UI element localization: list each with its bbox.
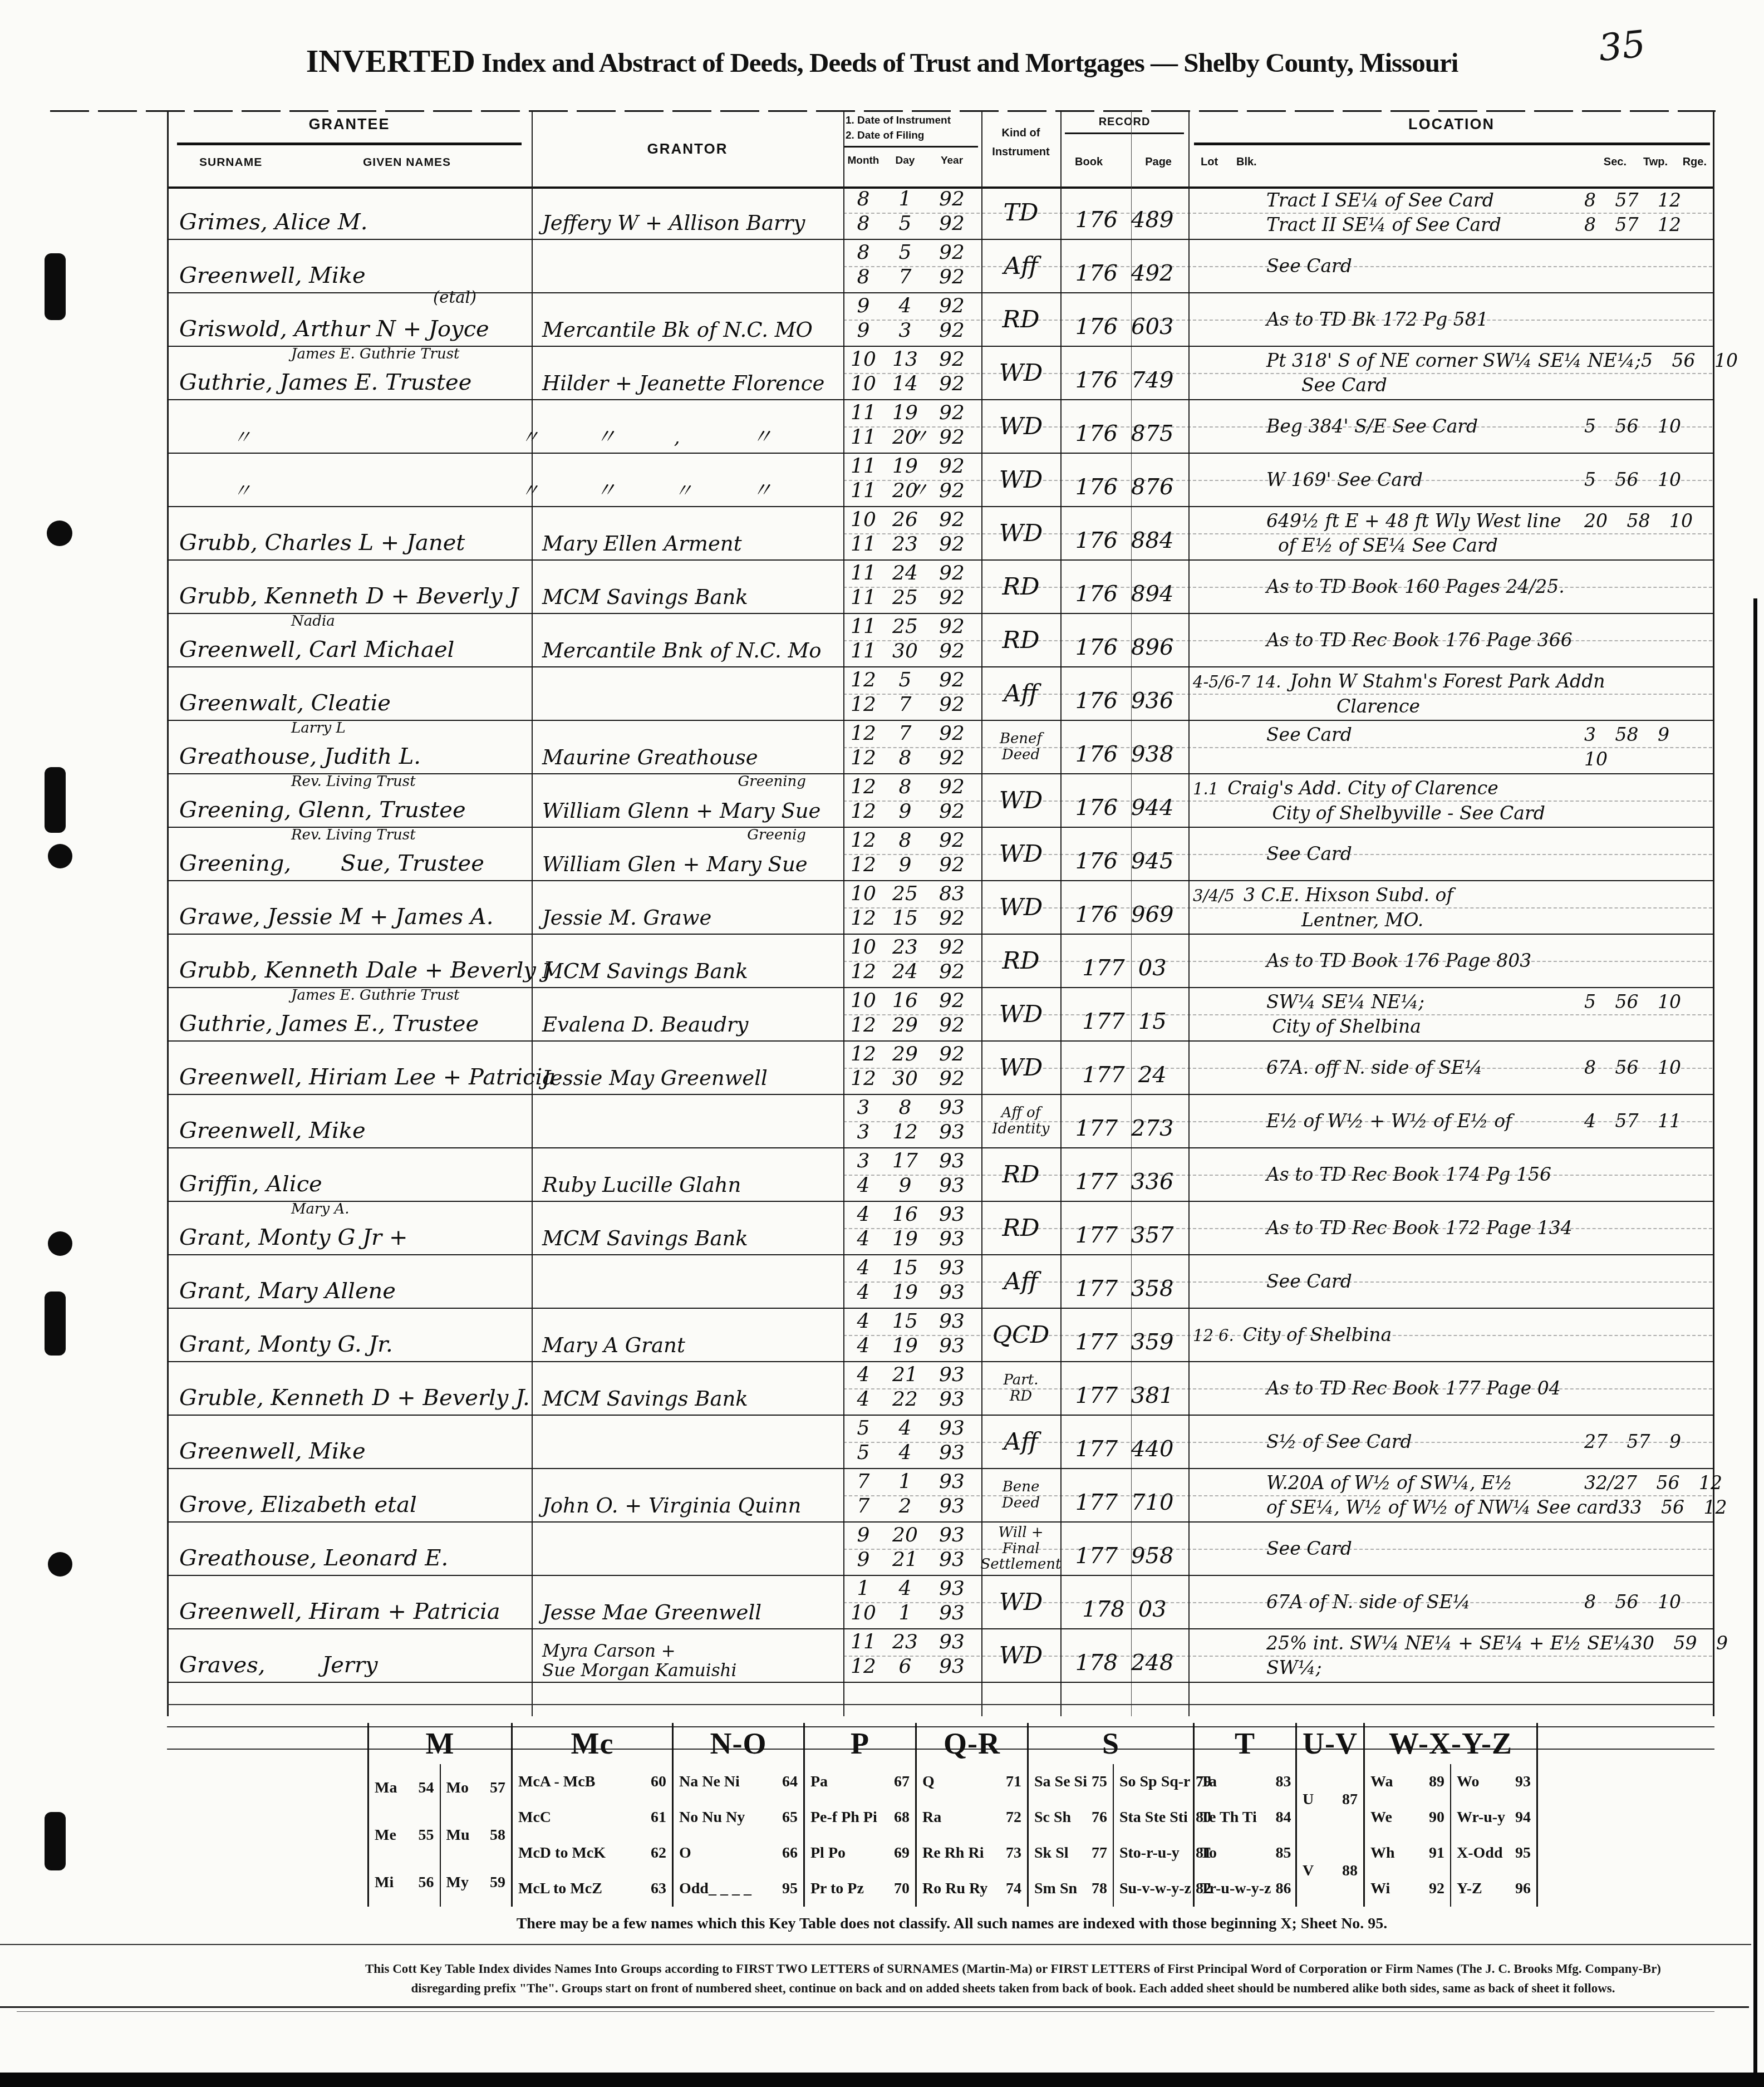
key-entry-sheet-number: 85 [1271, 1844, 1291, 1862]
key-column-letter: M [369, 1723, 511, 1764]
date-of-filing: 112092 [843, 428, 981, 448]
record-cell: 177381 [1060, 1362, 1188, 1415]
date-part: 93 [927, 1176, 977, 1196]
grantee-note-above: James E. Guthrie Trust [291, 988, 460, 1003]
date-part: 92 [927, 962, 977, 982]
sec-twp-rge-value: 20 58 10 [1584, 509, 1713, 533]
key-entry-range: Te Th Ti [1200, 1809, 1257, 1826]
date-part: 19 [883, 1336, 927, 1356]
book-number: 177 [1075, 1545, 1118, 1567]
location-cell: 1.1Craig's Add. City of Clarence City of… [1188, 774, 1713, 827]
date-part: 93 [927, 1151, 977, 1171]
key-entry-sheet-number: 63 [646, 1880, 666, 1898]
date-part: 19 [883, 403, 927, 423]
dates-cell: 389331293 [843, 1095, 981, 1147]
location-cell: See Card [1188, 828, 1713, 880]
binder-mark [45, 253, 66, 320]
location-text: W 169' See Card [1188, 468, 1423, 492]
key-entry-sheet-number: 89 [1424, 1773, 1444, 1791]
table-row: Grove, Elizabeth etalJohn O. + Virginia … [167, 1469, 1714, 1523]
date-part: 93 [927, 1525, 977, 1545]
key-entry: McA - McB60 [513, 1773, 672, 1791]
key-entry: Sc Sh76 [1029, 1809, 1113, 1826]
key-entry-sheet-number: 65 [778, 1809, 798, 1826]
dates-cell: 101692122992 [843, 988, 981, 1040]
key-entry-range: Mu [446, 1826, 470, 1844]
date-part: 22 [883, 1389, 927, 1410]
binder-mark [45, 1292, 66, 1356]
grantee-name: Greenwell, Hiriam Lee + Patricia [171, 1066, 528, 1094]
date-of-instrument: 12792 [843, 724, 981, 744]
fine-print: This Cott Key Table Index divides Names … [345, 1960, 1681, 1998]
date-part: 8 [883, 777, 927, 797]
key-entry-range: Wi [1370, 1880, 1390, 1898]
location-text: Pt 318' S of NE corner SW¼ SE¼ NE¼; [1188, 348, 1641, 373]
table-row: 〃 〃 〃〃 〃 〃111992112092WD176876W 169' See… [167, 454, 1714, 507]
grantor-cell [534, 1255, 839, 1308]
grantee-note-above: Nadia [291, 614, 335, 628]
date-of-instrument: 92093 [843, 1525, 981, 1545]
kind-line: Final [1003, 1541, 1040, 1557]
key-group: Ta83Te Th Ti84To85Tr-u-w-y-z86 [1195, 1764, 1297, 1907]
kind-line: Aff [1004, 1270, 1038, 1294]
location-line: 3/4/53 C.E. Hixson Subd. of [1188, 883, 1713, 908]
dates-cell: 102392122492 [843, 935, 981, 987]
grantee-name: Guthrie, James E., Trustee [171, 1013, 528, 1040]
date-part: 93 [927, 1603, 977, 1623]
date-part: 12 [843, 1044, 883, 1064]
date-part: 93 [927, 1122, 977, 1142]
date-part: 20 [883, 481, 927, 501]
location-line: As to TD Bk 172 Pg 581 [1188, 307, 1713, 332]
grantee-cell: Rev. Living TrustGreening, Sue, Trustee [171, 828, 528, 880]
location-cell: As to TD Book 160 Pages 24/25. [1188, 561, 1713, 613]
record-cell: 177958 [1060, 1523, 1188, 1575]
table-row: Graves, JerryMyra Carson +Sue Morgan Kam… [167, 1629, 1714, 1683]
page-number: 876 [1131, 476, 1173, 498]
date-part: 9 [843, 321, 883, 341]
key-column-body: McA - McB60McC61McD to McK62McL to McZ63 [513, 1764, 672, 1907]
date-part: 93 [927, 1418, 977, 1438]
grantor-cell [534, 1416, 839, 1468]
book-number: 178 [1082, 1598, 1124, 1621]
date-of-filing: 122992 [843, 1015, 981, 1035]
grantor-cell: John O. + Virginia Quinn [534, 1469, 839, 1521]
key-entry-range: We [1370, 1809, 1392, 1826]
page-number: 492 [1131, 262, 1173, 284]
grantee-name: Grawe, Jessie M + James A. [171, 906, 528, 934]
key-entry-sheet-number: 57 [485, 1779, 505, 1797]
grantor-name: Ruby Lucille Glahn [534, 1175, 839, 1201]
date-part: 1 [883, 1472, 927, 1492]
grantee-cell: Grove, Elizabeth etal [171, 1469, 528, 1521]
date-part: 10 [843, 510, 883, 530]
date-of-instrument: 102583 [843, 884, 981, 904]
location-line: Tract I SE¼ of See Card8 57 12 [1188, 188, 1713, 213]
page-number: 358 [1131, 1278, 1173, 1300]
lot-blk-value: 3/4/5 [1188, 883, 1244, 908]
location-cell: As to TD Book 176 Page 803 [1188, 935, 1713, 987]
date-part: 12 [843, 1015, 883, 1035]
grantee-label: GRANTEE [167, 116, 532, 133]
date-part: 10 [843, 884, 883, 904]
key-entry: McL to McZ63 [513, 1880, 672, 1898]
location-cell: See Card [1188, 240, 1713, 292]
lot-label: Lot [1196, 156, 1227, 169]
date-part: 7 [883, 267, 927, 287]
date-part: 92 [927, 724, 977, 744]
grantor-cell: Mercantile Bnk of N.C. Mo [534, 614, 839, 666]
record-cell: 178248 [1060, 1629, 1188, 1682]
book-number: 176 [1075, 850, 1118, 872]
dates-cell: 111992112092 [843, 454, 981, 506]
location-cell: 649½ ft E + 48 ft Wly West line20 58 10 … [1188, 507, 1713, 559]
location-line: W 169' See Card5 56 10 [1188, 468, 1713, 492]
table-row: Greenwell, Hiriam Lee + PatriciaJessie M… [167, 1042, 1714, 1095]
dates-cell: 4169341993 [843, 1202, 981, 1254]
key-entry-sheet-number: 60 [646, 1773, 666, 1791]
date-part: 9 [843, 1550, 883, 1570]
record-cell: 176603 [1060, 293, 1188, 346]
kind-line: RD [1003, 308, 1040, 332]
table-row: James E. Guthrie TrustGuthrie, James E. … [167, 347, 1714, 400]
key-entry-sheet-number: 70 [890, 1880, 910, 1898]
key-column-mc: McMcA - McB60McC61McD to McK62McL to McZ… [513, 1723, 674, 1907]
key-entry: X-Odd95 [1451, 1844, 1536, 1862]
key-entry-range: Wa [1370, 1773, 1393, 1791]
location-line: E½ of W½ + W½ of E½ of4 57 11 [1188, 1109, 1713, 1133]
key-entry-range: Wr-u-y [1457, 1809, 1505, 1826]
location-text: 67A. off N. side of SE¼ [1188, 1055, 1482, 1080]
kind-line: RD [1003, 949, 1040, 973]
grantee-name: Gruble, Kenneth D + Beverly J. [171, 1387, 528, 1415]
grantor-cell: Mary Ellen Arment [534, 507, 839, 559]
kind-of-instrument-cell: TD [981, 186, 1060, 239]
location-line: SW¼ SE¼ NE¼;5 56 10 [1188, 990, 1713, 1014]
grantee-cell: NadiaGreenwell, Carl Michael [171, 614, 528, 666]
grantor-name: Mercantile Bk of N.C. MO [534, 320, 839, 346]
grantor-name: William Glen + Mary Sue [534, 854, 839, 880]
date-part: 23 [883, 534, 927, 554]
grantee-cell: Grant, Monty G. Jr. [171, 1309, 528, 1361]
dates-cell: 71937293 [843, 1469, 981, 1521]
dates-cell: 122992123092 [843, 1042, 981, 1094]
location-line: 67A. off N. side of SE¼8 56 10 [1188, 1055, 1713, 1080]
key-entry: Pe-f Ph Pi68 [805, 1809, 915, 1826]
date-part: 93 [927, 1205, 977, 1225]
book-number: 176 [1075, 797, 1118, 819]
date-part: 11 [843, 403, 883, 423]
kind-line: WD [999, 789, 1043, 813]
key-entry: Wo93 [1451, 1773, 1536, 1791]
key-entry: To85 [1195, 1844, 1297, 1862]
date-part: 4 [843, 1283, 883, 1303]
date-part: 5 [843, 1443, 883, 1463]
grantor-cell: Jessie M. Grawe [534, 881, 839, 934]
date-part: 17 [883, 1151, 927, 1171]
location-text: S½ of See Card [1188, 1430, 1412, 1454]
key-entry-sheet-number: 83 [1271, 1773, 1291, 1791]
date-part: 25 [883, 588, 927, 608]
date-part: 11 [843, 481, 883, 501]
sec-twp-rge-value: 8 56 10 [1584, 1590, 1713, 1614]
date-of-filing: 42293 [843, 1389, 981, 1410]
grantee-cell: Grawe, Jessie M + James A. [171, 881, 528, 934]
date-part: 12 [843, 855, 883, 875]
kind-of-instrument-cell: WD [981, 988, 1060, 1040]
location-line: City of Shelbyville - See Card [1188, 801, 1713, 826]
kind-line: Bene [1003, 1479, 1040, 1495]
location-line: 10 [1188, 747, 1713, 772]
month-label: Month [843, 155, 883, 167]
sec-twp-rge-value: 30 59 9 [1631, 1631, 1728, 1656]
date-part: 92 [927, 695, 977, 715]
kind-line: Deed [1002, 747, 1040, 763]
table-row: NadiaGreenwell, Carl MichaelMercantile B… [167, 614, 1714, 667]
date-part: 93 [927, 1632, 977, 1652]
page-number: 273 [1131, 1117, 1173, 1140]
key-entry: Sk Sl77 [1029, 1844, 1113, 1862]
grantor-name: John O. + Virginia Quinn [534, 1495, 839, 1521]
date-part: 12 [843, 695, 883, 715]
date-part: 12 [843, 748, 883, 768]
date-part: 92 [927, 321, 977, 341]
grantee-name: Greening, Glenn, Trustee [171, 799, 528, 827]
record-cell: 176875 [1060, 400, 1188, 453]
record-cell: 176894 [1060, 561, 1188, 613]
date-part: 93 [927, 1657, 977, 1677]
key-group: Sa Se Si75Sc Sh76Sk Sl77Sm Sn78 [1029, 1764, 1113, 1907]
date-of-filing: 122492 [843, 962, 981, 982]
key-entry-sheet-number: 93 [1511, 1773, 1531, 1791]
date-part: 93 [927, 1365, 977, 1385]
kind-line: WD [999, 1003, 1043, 1027]
key-entry: Y-Z96 [1451, 1880, 1536, 1898]
date-part: 8 [883, 748, 927, 768]
key-entry-sheet-number: 91 [1424, 1844, 1444, 1862]
grantee-name: Greathouse, Leonard E. [171, 1547, 528, 1575]
book-number: 178 [1075, 1652, 1118, 1674]
grantor-name: William Glenn + Mary Sue [534, 801, 839, 827]
grantor-cell: Maurine Greathouse [534, 721, 839, 773]
date-part: 29 [883, 1044, 927, 1064]
location-text: Tract II SE¼ of See Card [1188, 213, 1501, 237]
key-entry-sheet-number: 96 [1511, 1880, 1531, 1898]
record-cell: 176749 [1060, 347, 1188, 399]
date-part: 11 [843, 456, 883, 477]
dates-cell: 1289212992 [843, 774, 981, 827]
kind-of-instrument-cell: Aff [981, 240, 1060, 292]
date-part: 93 [927, 1550, 977, 1570]
date-part: 1 [843, 1579, 883, 1599]
grantee-suffix: (etal) [433, 288, 476, 307]
key-entry-range: Re Rh Ri [922, 1844, 984, 1862]
location-text: Beg 384' S/E See Card [1188, 414, 1478, 439]
date-part: 8 [843, 267, 883, 287]
key-entry-range: Me [375, 1826, 396, 1844]
location-text: of SE¼, W½ of W½ of NW¼ See card [1188, 1495, 1619, 1520]
date-part: 92 [927, 777, 977, 797]
key-entry: O66 [674, 1844, 803, 1862]
grantee-cell: Larry LGreathouse, Judith L. [171, 721, 528, 773]
key-entry: Ta83 [1195, 1773, 1297, 1791]
page-number: 945 [1131, 850, 1173, 872]
key-column-t: TTa83Te Th Ti84To85Tr-u-w-y-z86 [1195, 1723, 1297, 1907]
date-part: 23 [883, 1632, 927, 1652]
dates-cell: 11239312693 [843, 1629, 981, 1682]
key-entry-range: Pr to Pz [810, 1880, 864, 1898]
key-entry: Sm Sn78 [1029, 1880, 1113, 1898]
key-entry-range: Ta [1200, 1773, 1217, 1791]
location-cell: See Card [1188, 1523, 1713, 1575]
key-entry: Mo57 [441, 1779, 512, 1797]
grantor-name: Jeffery W + Allison Barry [534, 213, 839, 239]
location-cell: Beg 384' S/E See Card5 56 10 [1188, 400, 1713, 453]
given-names-label: GIVEN NAMES [363, 156, 451, 169]
key-entry: Wr-u-y94 [1451, 1809, 1536, 1826]
key-entry-range: Mi [375, 1874, 394, 1892]
grantor-cell: MCM Savings Bank [534, 1362, 839, 1415]
grantee-cell: Griffin, Alice [171, 1148, 528, 1201]
date-part: 12 [843, 777, 883, 797]
dates-cell: 1279212892 [843, 721, 981, 773]
location-text: See Card [1188, 1269, 1352, 1294]
date-part: 92 [927, 403, 977, 423]
grantee-cell: Grant, Mary Allene [171, 1255, 528, 1308]
grantor-name: 〃 〃 〃 [534, 480, 839, 506]
location-line: As to TD Rec Book 177 Page 04 [1188, 1376, 1713, 1401]
grantee-cell: Grubb, Charles L + Janet [171, 507, 528, 559]
table-row: Gruble, Kenneth D + Beverly J.MCM Saving… [167, 1362, 1714, 1416]
record-cell: 176876 [1060, 454, 1188, 506]
date-part: 92 [927, 296, 977, 316]
date-part: 93 [927, 1258, 977, 1278]
key-entry-sheet-number: 87 [1338, 1791, 1358, 1809]
key-entry-range: Tr-u-w-y-z [1200, 1880, 1271, 1898]
page-number: 489 [1131, 209, 1173, 231]
key-entry-sheet-number: 69 [890, 1844, 910, 1862]
key-column-body: Na Ne Ni64No Nu Ny65O66Odd_ _ _ _95 [674, 1764, 803, 1907]
key-entry-range: Ro Ru Ry [922, 1880, 987, 1898]
date-part: 92 [927, 617, 977, 637]
key-entry-sheet-number: 92 [1424, 1880, 1444, 1898]
grantee-cell: Grimes, Alice M. [171, 186, 528, 239]
key-entry-sheet-number: 55 [414, 1826, 434, 1844]
key-entry: Wi92 [1365, 1880, 1450, 1898]
date-of-instrument: 41693 [843, 1205, 981, 1225]
table-row: Rev. Living TrustGreening, Sue, TrusteeG… [167, 828, 1714, 881]
location-text: See Card [1188, 254, 1352, 278]
date-of-instrument: 12892 [843, 831, 981, 851]
kind-line: WD [999, 522, 1043, 546]
table-row: Grubb, Kenneth D + Beverly JMCM Savings … [167, 561, 1714, 614]
date-part: 92 [927, 831, 977, 851]
key-entry: Wh91 [1365, 1844, 1450, 1862]
location-cell: E½ of W½ + W½ of E½ of4 57 11 [1188, 1095, 1713, 1147]
key-entry: We90 [1365, 1809, 1450, 1826]
book-number: 177 [1075, 1224, 1118, 1246]
date-part: 8 [883, 1098, 927, 1118]
location-text: As to TD Rec Book 172 Page 134 [1188, 1216, 1573, 1240]
record-cell: 17715 [1060, 988, 1188, 1040]
date-part: 10 [843, 350, 883, 370]
date-of-instrument: 112393 [843, 1632, 981, 1652]
grantee-name: Greening, Sue, Trustee [171, 852, 528, 880]
key-entry-range: Sto-r-u-y [1119, 1844, 1180, 1862]
date-of-instrument: 8592 [843, 243, 981, 263]
date-of-filing: 41993 [843, 1229, 981, 1249]
date-of-instrument: 111992 [843, 456, 981, 477]
grantor-cell: GreeningWilliam Glenn + Mary Sue [534, 774, 839, 827]
date-of-instrument: 12892 [843, 777, 981, 797]
book-number: 176 [1075, 209, 1118, 231]
book-number: 177 [1075, 1491, 1118, 1514]
location-line: Lentner, MO. [1188, 908, 1713, 932]
key-column-body: Sa Se Si75Sc Sh76Sk Sl77Sm Sn78So Sp Sq-… [1029, 1764, 1193, 1907]
date-of-instrument: 5493 [843, 1418, 981, 1438]
location-line: W.20A of W½ of SW¼, E½32/27 56 12 [1188, 1471, 1713, 1495]
key-entry: Sa Se Si75 [1029, 1773, 1113, 1791]
key-group: McA - McB60McC61McD to McK62McL to McZ63 [513, 1764, 672, 1907]
sec-twp-rge-value: 33 56 12 [1619, 1495, 1727, 1520]
key-column-uv: U-VU87V88 [1297, 1723, 1365, 1907]
location-header: LOCATION Lot Blk. Sec. Twp. Rge. [1188, 111, 1714, 186]
key-column-letter: W-X-Y-Z [1365, 1723, 1536, 1764]
kind-of-instrument-cell: Aff [981, 1416, 1060, 1468]
record-cell: 177336 [1060, 1148, 1188, 1201]
date-part: 92 [927, 855, 977, 875]
ledger-rows: Grimes, Alice M.Jeffery W + Allison Barr… [167, 186, 1714, 1750]
location-cell: S½ of See Card27 57 9 [1188, 1416, 1713, 1468]
dates-cell: 1289212992 [843, 828, 981, 880]
grantee-name: Grimes, Alice M. [171, 211, 528, 239]
location-text: 67A of N. side of SE¼ [1188, 1590, 1471, 1614]
dates-cell: 9209392193 [843, 1523, 981, 1575]
grantee-note-above: Larry L [291, 721, 346, 735]
grantor-cell: Ruby Lucille Glahn [534, 1148, 839, 1201]
cott-key-table: MMa54Me55Mi56Mo57Mu58My59McMcA - McB60Mc… [367, 1723, 1538, 1907]
location-line: 1.1Craig's Add. City of Clarence [1188, 776, 1713, 801]
key-entry: Wa89 [1365, 1773, 1450, 1791]
rge-label: Rge. [1683, 156, 1707, 169]
date-part: 9 [883, 1176, 927, 1196]
key-entry: Pr to Pz70 [805, 1880, 915, 1898]
dates-cell: 317934993 [843, 1148, 981, 1201]
location-line: See Card [1188, 373, 1713, 397]
date-part: 93 [927, 1496, 977, 1516]
book-number: 176 [1075, 423, 1118, 445]
kind-of-instrument-cell: Aff [981, 1255, 1060, 1308]
grantor-cell: Jessie May Greenwell [534, 1042, 839, 1094]
book-number: 177 [1075, 1384, 1118, 1407]
date-part: 10 [843, 374, 883, 394]
date-of-instrument: 101392 [843, 350, 981, 370]
date-of-instrument: 112492 [843, 563, 981, 583]
date-part: 12 [843, 670, 883, 690]
grantor-name: Mercantile Bnk of N.C. Mo [534, 640, 839, 666]
sec-label: Sec. [1604, 156, 1627, 169]
table-row: Grant, Monty G. Jr.Mary A Grant415934199… [167, 1309, 1714, 1362]
grantee-cell: Greenwell, Mike [171, 1416, 528, 1468]
key-entry: Tr-u-w-y-z86 [1195, 1880, 1297, 1898]
kind-line: Aff [1004, 1430, 1038, 1454]
location-text: E½ of W½ + W½ of E½ of [1188, 1109, 1512, 1133]
page-title-rest: Index and Abstract of Deeds, Deeds of Tr… [475, 47, 1458, 78]
key-group: Wo93Wr-u-y94X-Odd95Y-Z96 [1450, 1764, 1536, 1907]
location-text: of E½ of SE¼ See Card [1188, 533, 1498, 558]
location-cell: As to TD Rec Book 177 Page 04 [1188, 1362, 1713, 1415]
scan-edge-strip [0, 2073, 1764, 2087]
